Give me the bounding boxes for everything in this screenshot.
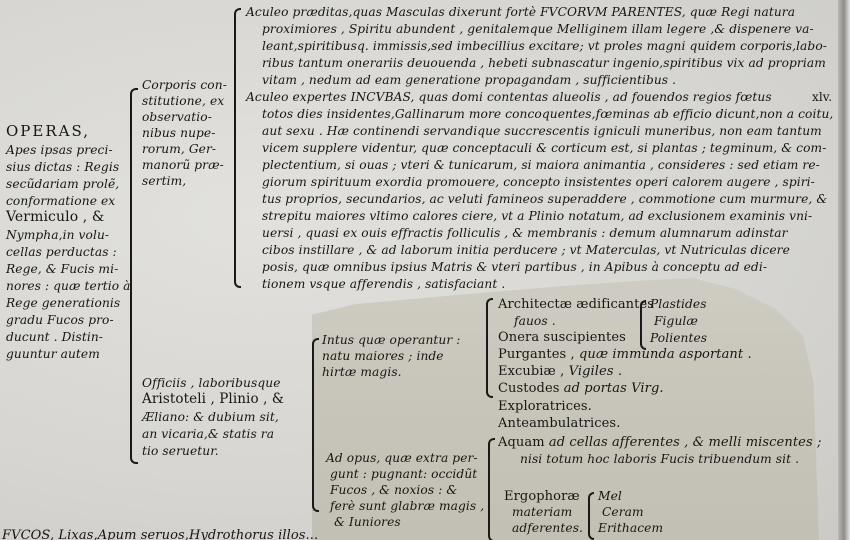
purgantes-label: Purgantes , bbox=[498, 347, 579, 362]
left-line: guuntur autem bbox=[6, 347, 100, 363]
text-line: aut sexu . Hæ continendi servandique suc… bbox=[262, 124, 822, 140]
left-line: conformatione ex bbox=[6, 194, 115, 210]
officiis-line: an vicaria,& statis ra bbox=[142, 427, 274, 443]
left-line: Rege generationis bbox=[6, 296, 120, 312]
ad-opus-line: gunt : pugnant: occidũt bbox=[330, 467, 477, 483]
text-line: uersi , quasi ex ouis effractis follicul… bbox=[262, 226, 788, 242]
text-line: tionem vsque afferendis , satisfaciant . bbox=[262, 277, 505, 293]
text-line: plectentium, si ouas ; vteri & tunicarum… bbox=[262, 158, 820, 174]
list-item-purgantes: Purgantes , quæ immunda asportant . bbox=[498, 347, 752, 363]
text-line: vitam , nedum ad eam generatione propaga… bbox=[262, 73, 676, 89]
left-line: Rege, & Fucis mi- bbox=[6, 262, 118, 278]
custodes-desc: ad portas Virg. bbox=[564, 381, 664, 396]
purgantes-desc: quæ immunda asportant . bbox=[579, 347, 752, 362]
officiis-line: Officiis , laboribusque bbox=[142, 376, 281, 392]
ergophorae-line: materiam bbox=[512, 505, 572, 521]
corporis-line: manorũ præ- bbox=[142, 158, 224, 174]
left-line: cellas perductas : bbox=[6, 245, 117, 261]
list-item-plastides: Plastides bbox=[650, 297, 707, 313]
text-line: cibos instillare , & ad laborum initia p… bbox=[262, 243, 790, 259]
left-line: nores : quæ tertio à bbox=[6, 279, 131, 295]
operas-heading: OPERAS, bbox=[6, 124, 90, 140]
officiis-line: tio seruetur. bbox=[142, 444, 219, 460]
ad-opus-line: & Iuniores bbox=[334, 515, 401, 531]
list-item-exploratrices: Exploratrices. bbox=[498, 399, 592, 415]
aculeo-brace bbox=[234, 8, 241, 288]
ergophorae-line: adferentes. bbox=[512, 521, 583, 537]
ad-opus-line: ferè sunt glabræ magis , bbox=[330, 499, 484, 515]
list-item-mel: Mel bbox=[598, 489, 622, 505]
main-brace bbox=[130, 88, 138, 464]
text-line: giorum spirituum exordia promouere, conc… bbox=[262, 175, 815, 191]
text-line: proximiores , Spiritu abundent , genital… bbox=[262, 22, 814, 38]
left-line: Apes ipsas preci- bbox=[6, 143, 113, 159]
corporis-line: rorum, Ger- bbox=[142, 142, 216, 158]
left-line: ducunt . Distin- bbox=[6, 330, 103, 346]
list-item-aquam: Aquam ad cellas afferentes , & melli mis… bbox=[498, 435, 821, 451]
list-item-ceram: Ceram bbox=[602, 505, 644, 521]
text-line: posis, quæ omnibus ipsius Matris & vteri… bbox=[262, 260, 767, 276]
text-line: totos dies insidentes,Gallinarum more co… bbox=[262, 107, 833, 123]
list-item-anteambulatrices: Anteambulatrices. bbox=[498, 416, 620, 432]
bottom-line: FVCOS, Lixas,Apum seruos,Hydrothorus ill… bbox=[2, 528, 318, 540]
left-line: Vermiculo , & bbox=[6, 210, 104, 226]
corporis-line: sertim, bbox=[142, 174, 186, 190]
intus-line: hirtæ magis. bbox=[322, 365, 402, 381]
excubiae-label: Excubiæ , bbox=[498, 364, 569, 379]
ad-opus-line: Fucos , & noxios : & bbox=[330, 483, 457, 499]
list-item-architectae: Architectæ ædificantes bbox=[498, 297, 654, 313]
list-item-polientes: Polientes bbox=[650, 331, 707, 347]
list-item-erithacem: Erithacem bbox=[598, 521, 663, 537]
intus-list-brace bbox=[486, 298, 493, 398]
custodes-label: Custodes bbox=[498, 381, 564, 396]
list-item-excubiae: Excubiæ , Vigiles . bbox=[498, 364, 622, 380]
corporis-line: Corporis con- bbox=[142, 78, 227, 94]
ad-opus-line: Ad opus, quæ extra per- bbox=[326, 451, 478, 467]
architectae-sub-brace bbox=[640, 300, 646, 350]
list-item-ergophorae: Ergophoræ bbox=[504, 489, 580, 505]
ergophorae-sub-brace bbox=[588, 492, 594, 540]
aquam-desc: ad cellas afferentes , & melli miscentes… bbox=[549, 435, 822, 450]
text-line: Aculeo præditas,quas Masculas dixerunt f… bbox=[246, 5, 795, 21]
left-line: secũdariam prolẽ, bbox=[6, 177, 119, 193]
text-line: ribus tantum onerariis deuouenda , hebet… bbox=[262, 56, 826, 72]
list-item-custodes: Custodes ad portas Virg. bbox=[498, 381, 664, 397]
corporis-line: stitutione, ex bbox=[142, 94, 224, 110]
text-line: strepitu maiores vltimo calores ciere, v… bbox=[262, 209, 812, 225]
officiis-brace bbox=[312, 338, 319, 512]
left-line: sius dictas : Regis bbox=[6, 160, 119, 176]
page-number: xlv. bbox=[812, 90, 832, 106]
intus-line: natu maiores ; inde bbox=[322, 349, 444, 365]
excubiae-desc: Vigiles . bbox=[569, 364, 622, 379]
text-line: tus proprios, secundarios, ac veluti fam… bbox=[262, 192, 827, 208]
list-item-onera: Onera suscipientes bbox=[498, 330, 626, 346]
ad-opus-list-brace bbox=[488, 438, 495, 540]
list-item-fauos: fauos . bbox=[514, 314, 556, 330]
scanned-page: OPERAS, Apes ipsas preci- sius dictas : … bbox=[0, 0, 850, 540]
corporis-line: observatio- bbox=[142, 110, 212, 126]
corporis-line: nibus nupe- bbox=[142, 126, 215, 142]
list-item-figulae: Figulæ bbox=[654, 314, 698, 330]
officiis-line: Æliano: & dubium sit, bbox=[142, 410, 279, 426]
aquam-continued: nisi totum hoc laboris Fucis tribuendum … bbox=[520, 452, 799, 468]
text-line: leant,spiritibusq. immissis,sed imbecill… bbox=[262, 39, 827, 55]
aquam-label: Aquam bbox=[498, 435, 549, 450]
officiis-line: Aristoteli , Plinio , & bbox=[142, 392, 284, 408]
text-line: Aculeo expertes INCVBAS, quas domi conte… bbox=[246, 90, 772, 106]
left-line: Nympha,in volu- bbox=[6, 228, 109, 244]
page-edge bbox=[838, 0, 850, 540]
intus-line: Intus quæ operantur : bbox=[322, 333, 460, 349]
left-line: gradu Fucos pro- bbox=[6, 313, 114, 329]
text-line: vicem supplere videntur, quæ conceptacul… bbox=[262, 141, 826, 157]
